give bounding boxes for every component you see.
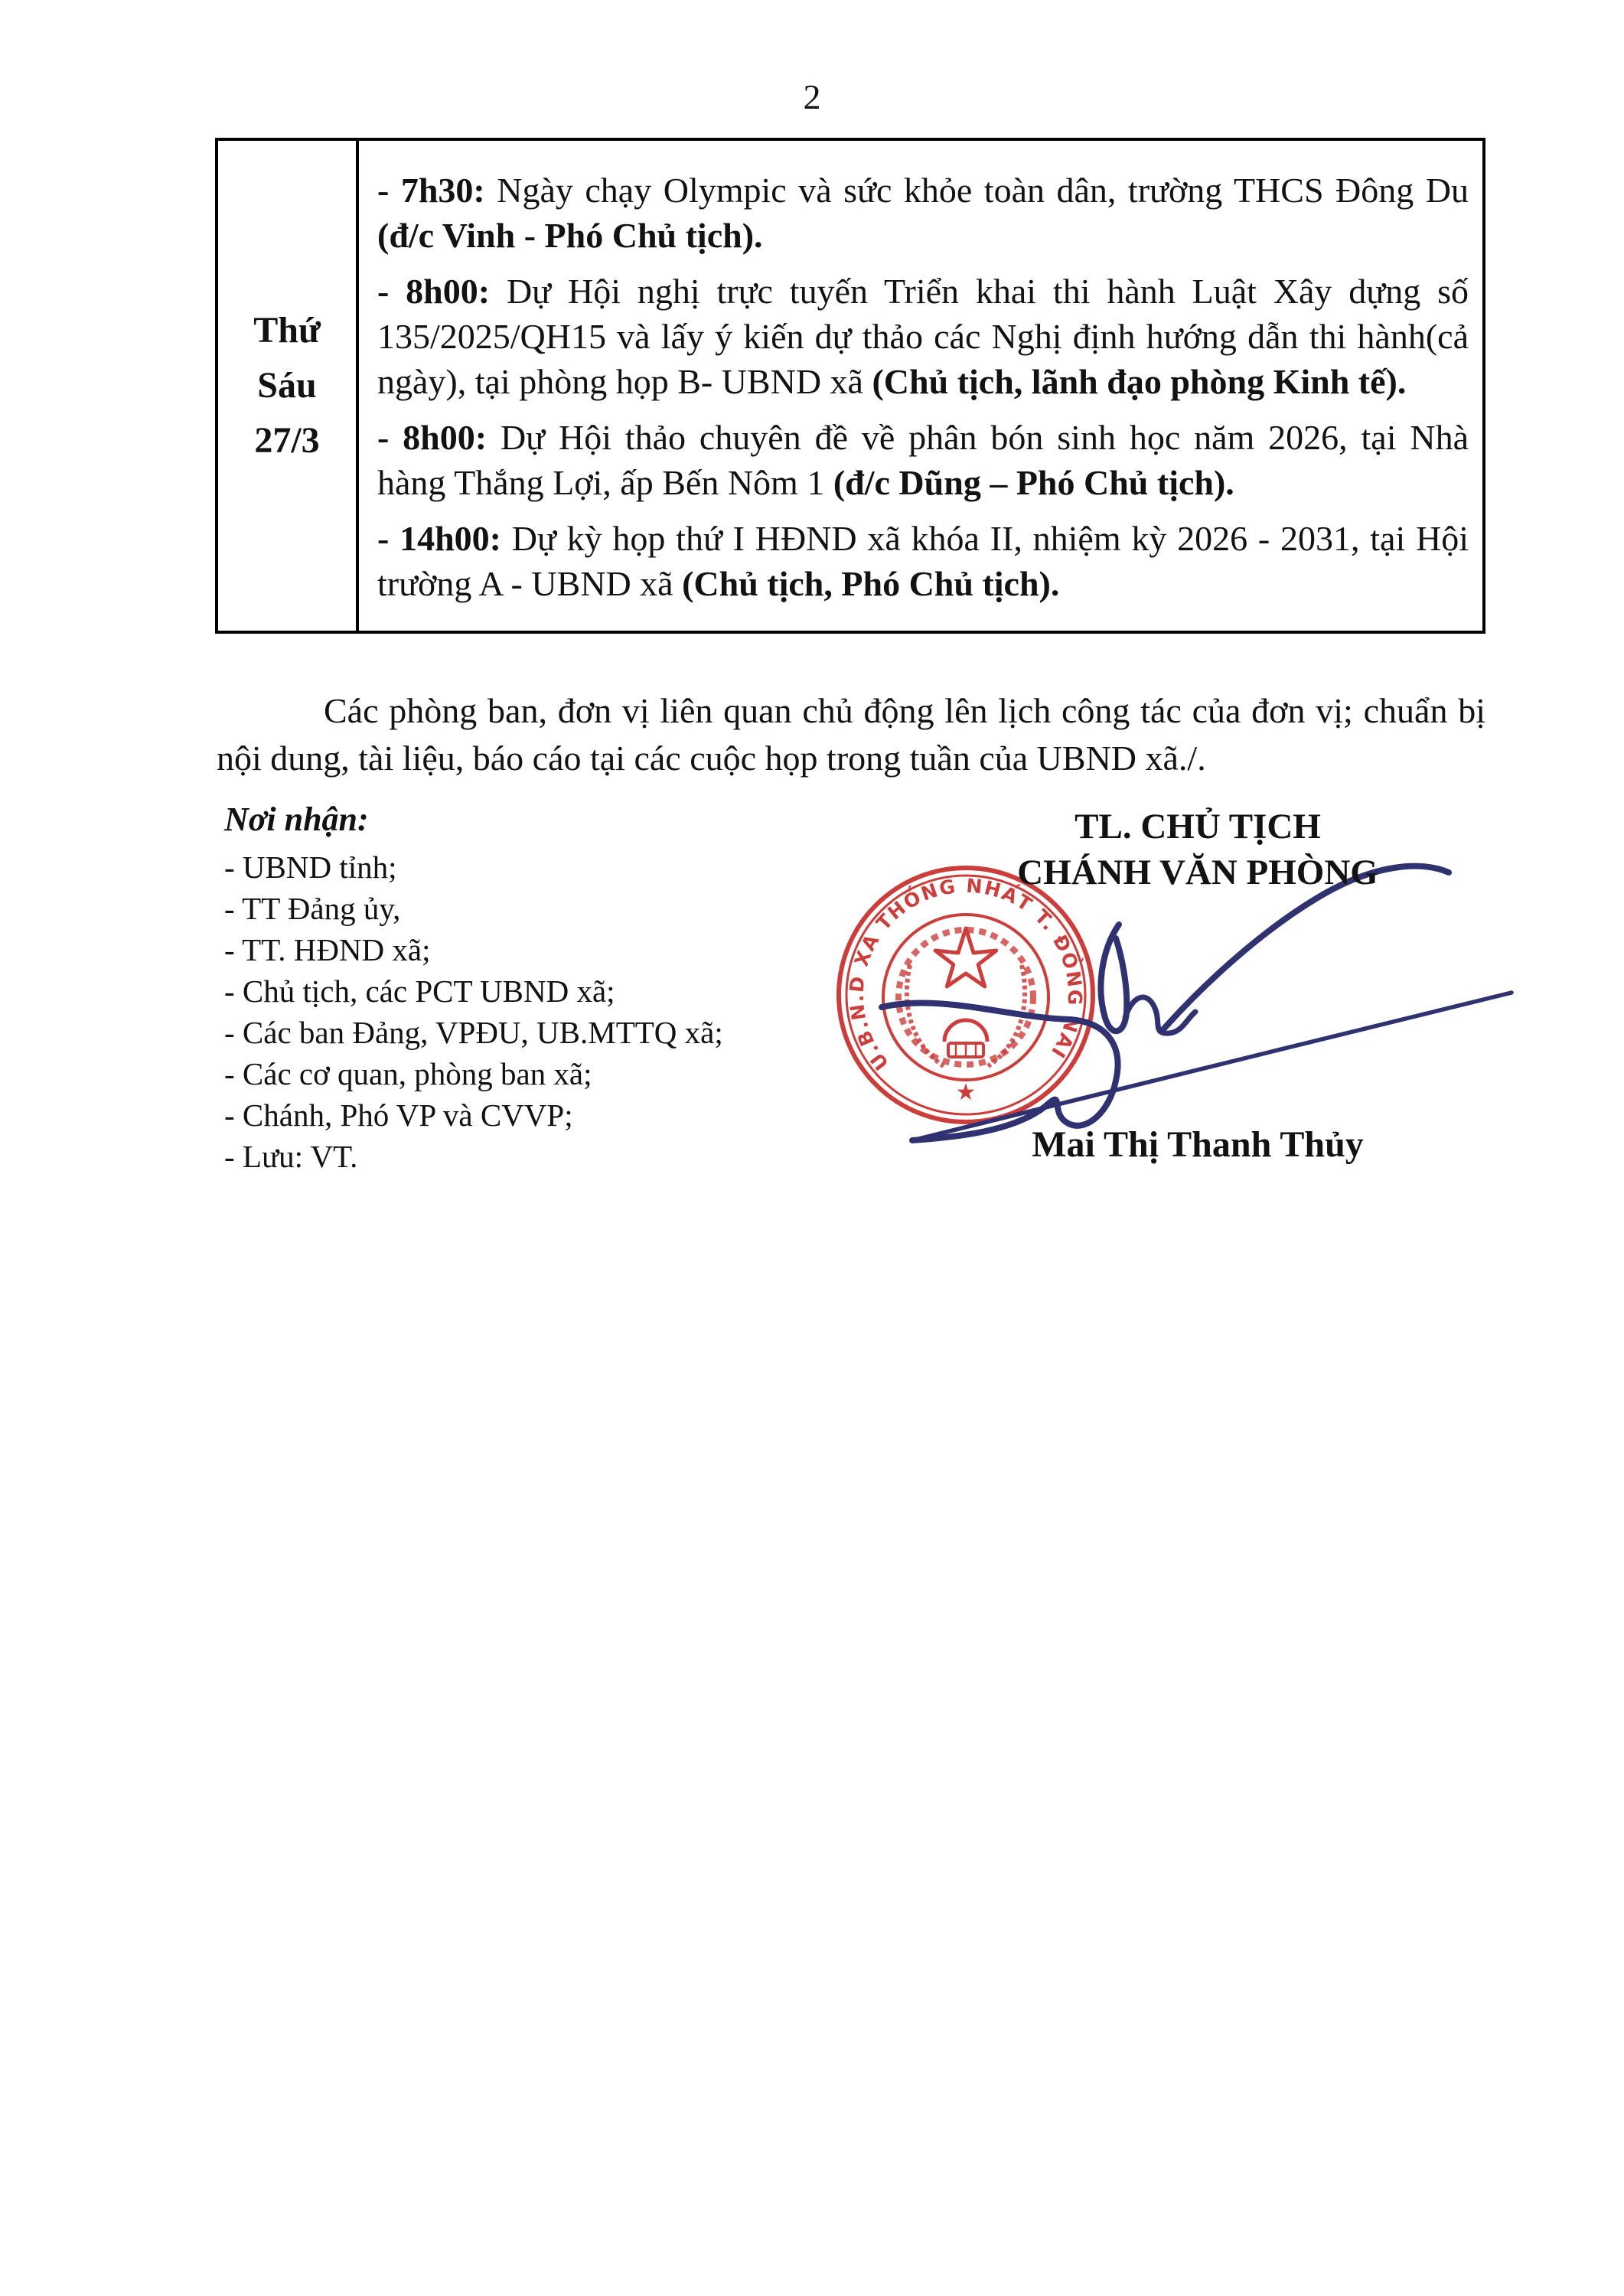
- entry-text: Ngày chạy Olympic và sức khỏe toàn dân, …: [485, 171, 1469, 210]
- day-line: Thứ: [221, 303, 353, 358]
- day-line: Sáu: [221, 358, 353, 413]
- recipient-item: - TT Đảng ủy,: [224, 888, 821, 929]
- schedule-entry: - 7h30: Ngày chạy Olympic và sức khỏe to…: [377, 168, 1469, 258]
- entry-time: - 7h30:: [377, 171, 485, 210]
- signature-authority: TL. CHỦ TỊCH: [903, 804, 1492, 850]
- document-page: 2 Thứ Sáu 27/3 - 7h30: Ngày chạy Olympic…: [0, 0, 1624, 2296]
- recipient-item: - TT. HĐND xã;: [224, 929, 821, 970]
- recipient-item: - Chánh, Phó VP và CVVP;: [224, 1094, 821, 1136]
- signature-heading: TL. CHỦ TỊCH CHÁNH VĂN PHÒNG: [903, 804, 1492, 895]
- recipient-item: - Các ban Đảng, VPĐU, UB.MTTQ xã;: [224, 1012, 821, 1053]
- entry-attendee: (đ/c Dũng – Phó Chủ tịch).: [833, 463, 1234, 502]
- day-cell: Thứ Sáu 27/3: [217, 139, 357, 632]
- recipients-heading: Nơi nhận:: [224, 799, 821, 840]
- entry-attendee: (Chủ tịch, lãnh đạo phòng Kinh tế).: [872, 362, 1406, 401]
- entry-attendee: (Chủ tịch, Phó Chủ tịch).: [682, 564, 1059, 603]
- closing-paragraph: Các phòng ban, đơn vị liên quan chủ động…: [217, 687, 1485, 782]
- recipient-item: - UBND tỉnh;: [224, 846, 821, 888]
- table-row: Thứ Sáu 27/3 - 7h30: Ngày chạy Olympic v…: [217, 139, 1484, 632]
- page-number: 2: [0, 77, 1624, 117]
- schedule-entry: - 8h00: Dự Hội thảo chuyên đề về phân bó…: [377, 415, 1469, 505]
- day-line: 27/3: [221, 413, 353, 468]
- entry-time: - 8h00:: [377, 272, 490, 311]
- events-cell: - 7h30: Ngày chạy Olympic và sức khỏe to…: [357, 139, 1484, 632]
- schedule-entry: - 8h00: Dự Hội nghị trực tuyến Triển kha…: [377, 269, 1469, 404]
- entry-time: - 14h00:: [377, 519, 501, 558]
- recipient-item: - Chủ tịch, các PCT UBND xã;: [224, 970, 821, 1012]
- schedule-table: Thứ Sáu 27/3 - 7h30: Ngày chạy Olympic v…: [215, 138, 1485, 634]
- schedule-entry: - 14h00: Dự kỳ họp thứ I HĐND xã khóa II…: [377, 516, 1469, 606]
- recipient-item: - Lưu: VT.: [224, 1136, 821, 1177]
- entry-time: - 8h00:: [377, 418, 487, 457]
- signature-title: CHÁNH VĂN PHÒNG: [903, 850, 1492, 895]
- recipients-block: Nơi nhận: - UBND tỉnh; - TT Đảng ủy, - T…: [224, 799, 821, 1177]
- entry-attendee: (đ/c Vinh - Phó Chủ tịch).: [377, 216, 763, 255]
- signer-name: Mai Thị Thanh Thủy: [903, 1124, 1492, 1166]
- recipient-item: - Các cơ quan, phòng ban xã;: [224, 1053, 821, 1094]
